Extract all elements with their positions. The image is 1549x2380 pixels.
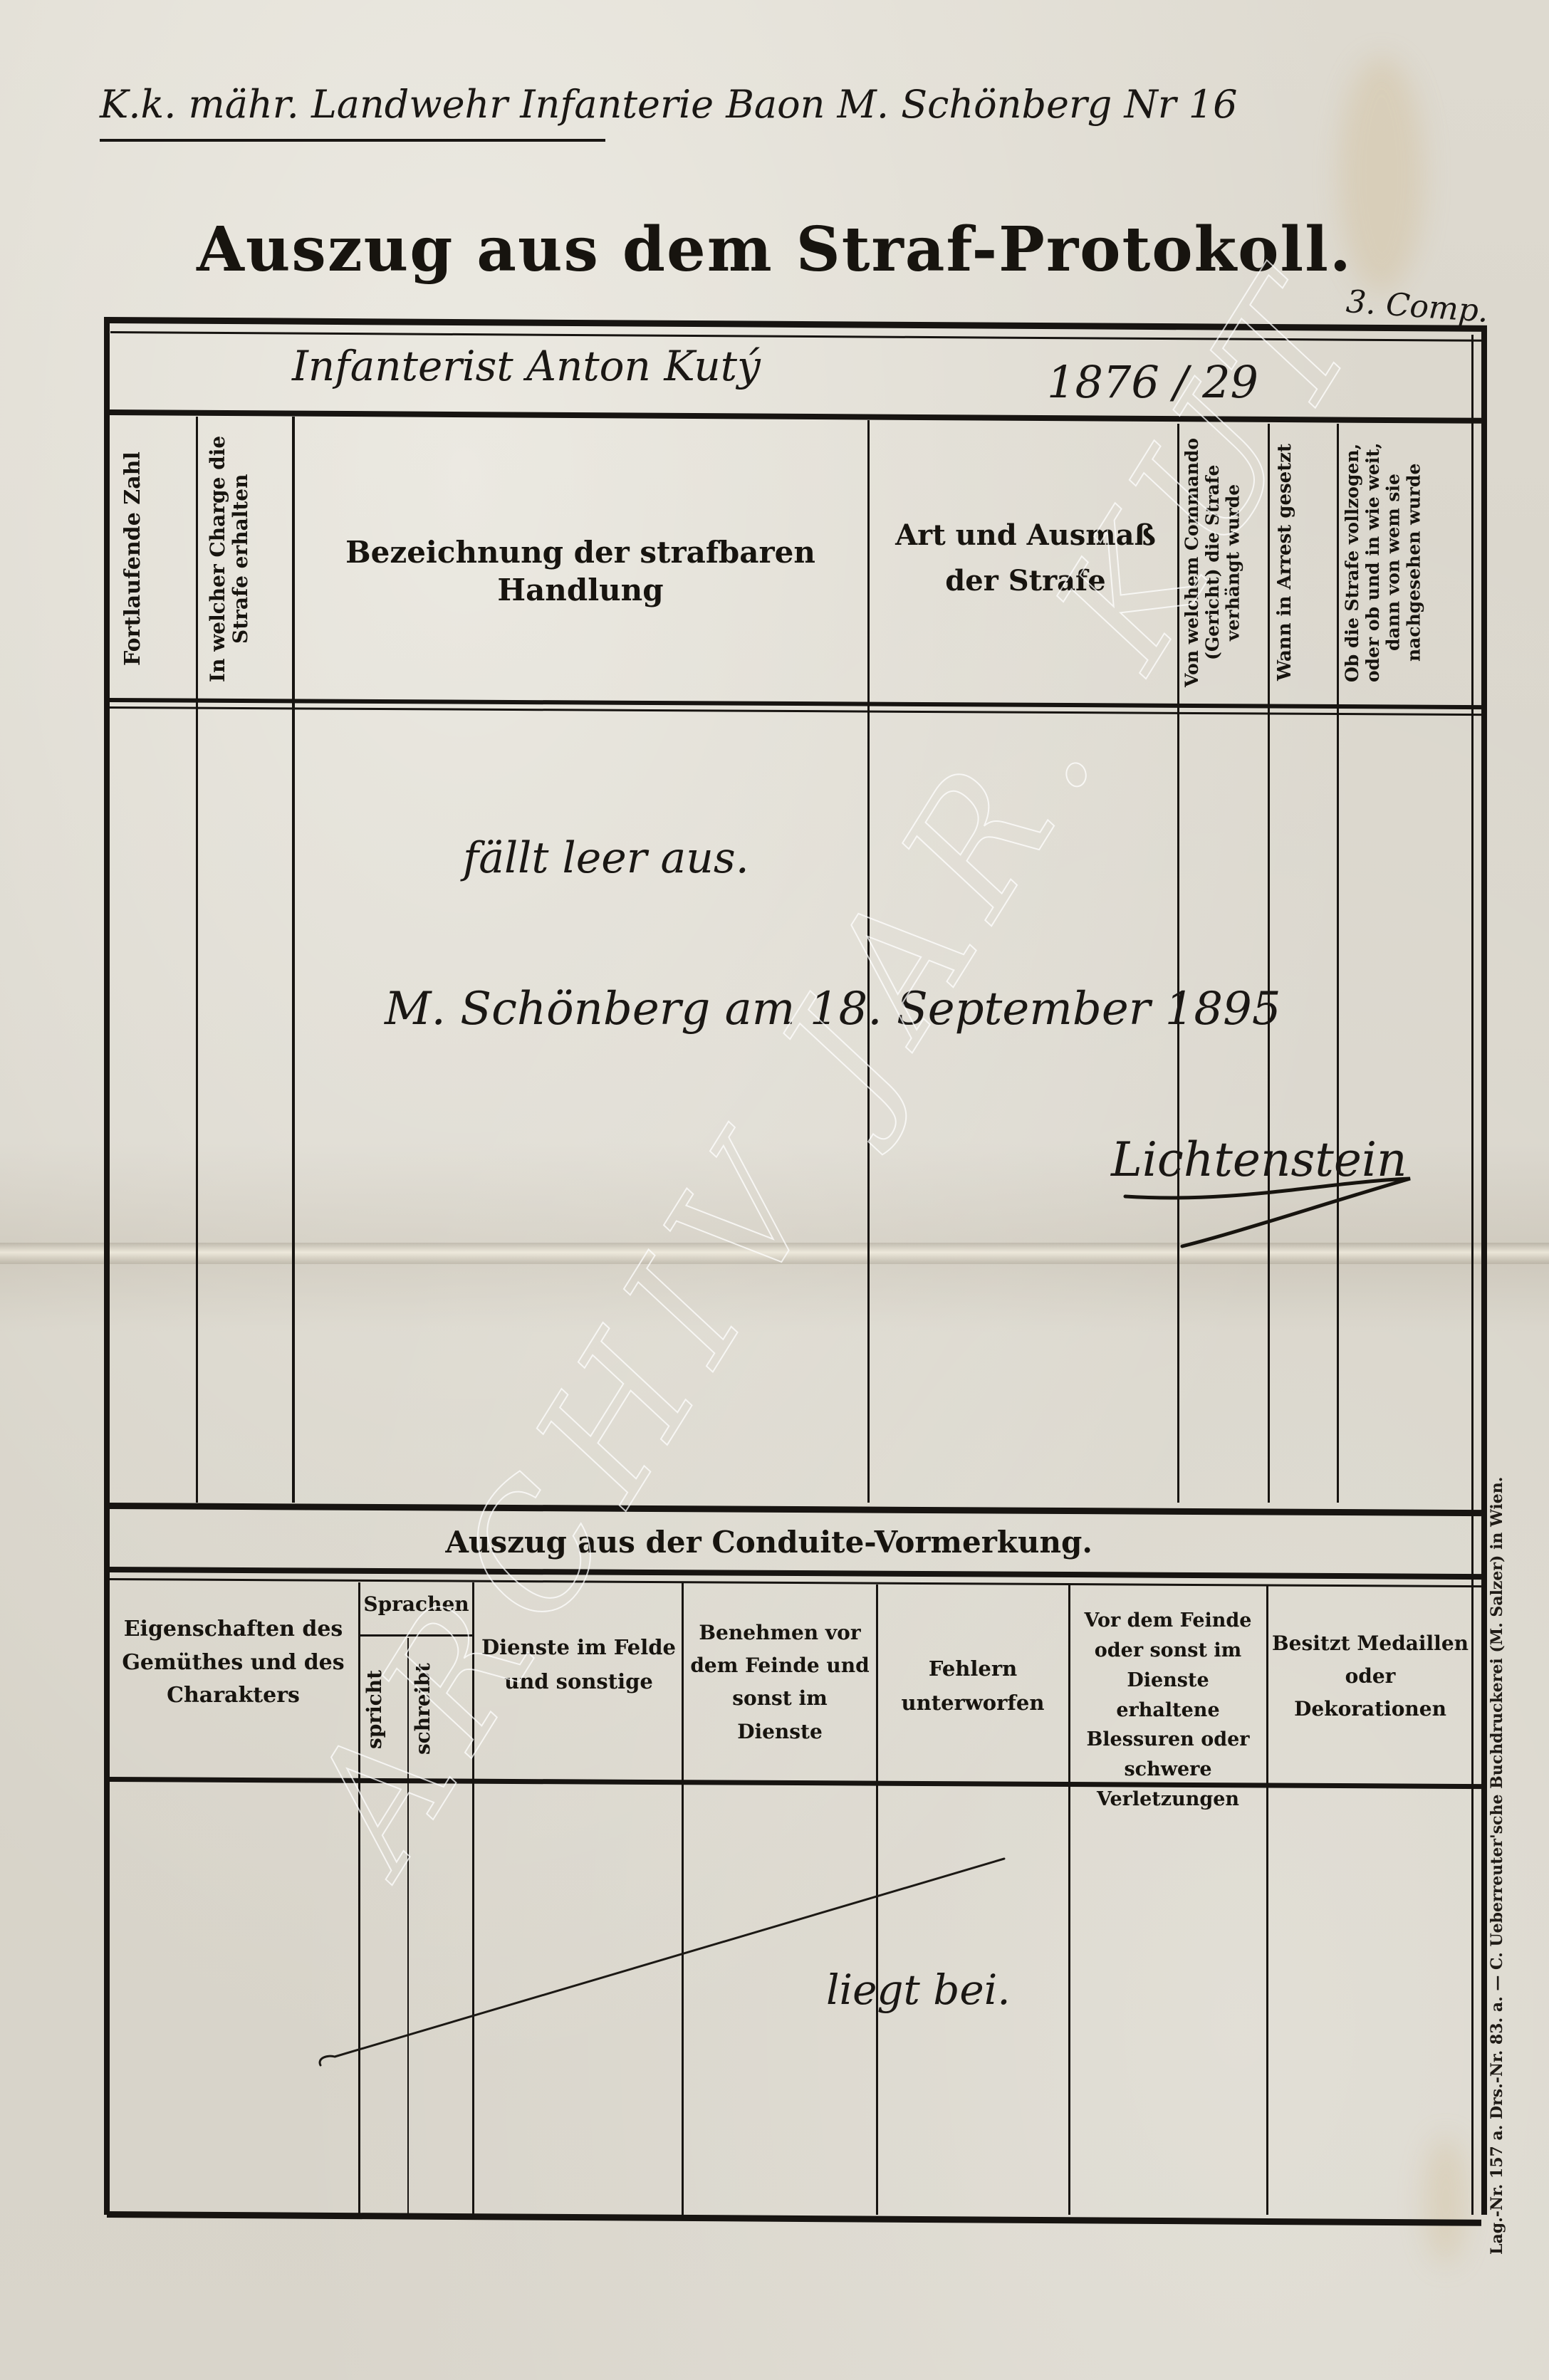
col-header-sprachen: Sprachen bbox=[360, 1592, 472, 1617]
col-divider bbox=[1266, 1585, 1268, 2215]
col-header-fortlaufende-zahl: Fortlaufende Zahl bbox=[121, 427, 185, 691]
conduite-entry-text: liegt bei. bbox=[826, 1966, 1011, 2014]
col-divider bbox=[1268, 424, 1270, 1503]
frame-right-inner bbox=[1471, 335, 1474, 2215]
frame-left bbox=[104, 317, 110, 2215]
col-header-charge: In welcher Charge die Strafe erhalten bbox=[207, 427, 285, 691]
frame-bottom bbox=[107, 2211, 1481, 2226]
paper-stain bbox=[1424, 2136, 1467, 2265]
conduite-title: Auszug aus der Conduite-Vormerkung. bbox=[110, 1524, 1092, 1562]
page-title: Auszug aus dem Straf-Protokoll. bbox=[0, 214, 1549, 286]
frame-right bbox=[1481, 328, 1487, 2215]
col-divider bbox=[867, 420, 870, 1503]
frame-top bbox=[105, 317, 1487, 332]
unit-header-underline bbox=[100, 139, 605, 142]
col-divider bbox=[292, 417, 295, 1503]
col-divider bbox=[1068, 1585, 1070, 2215]
col-header-spricht: spricht bbox=[363, 1652, 406, 1766]
straf-entry-text: fällt leer aus. bbox=[463, 833, 749, 883]
col-header-arrest: Wann in Arrest gesetzt bbox=[1275, 431, 1332, 694]
record-number: 1876 / 29 bbox=[1047, 356, 1258, 408]
place-date: M. Schönberg am 18. September 1895 bbox=[385, 983, 1281, 1035]
col-divider bbox=[1177, 424, 1179, 1503]
col-header-medaillen: Besitzt Medaillen oder Dekorationen bbox=[1271, 1627, 1470, 1726]
name-row-divider bbox=[110, 409, 1481, 424]
col-header-schreibt: schreibt bbox=[412, 1652, 469, 1766]
conduite-header-bottom bbox=[110, 1777, 1481, 1789]
col-header-vollzogen: Ob die Strafe vollzogen, oder ob und in … bbox=[1342, 431, 1467, 694]
company-note: 3. Comp. bbox=[1345, 283, 1489, 330]
col-header-handlung: Bezeichnung der strafbaren Handlung bbox=[299, 534, 862, 609]
conduite-top-divider bbox=[110, 1503, 1481, 1516]
col-header-benehmen: Benehmen vor dem Feinde und sonst im Die… bbox=[687, 1617, 872, 1748]
col-header-eigenschaften: Eigenschaften des Gemüthes und des Chara… bbox=[114, 1613, 353, 1713]
col-divider bbox=[196, 417, 198, 1503]
col-header-dienste: Dienste im Felde und sonstige bbox=[477, 1631, 680, 1699]
col-header-art-ausmass: Art und Ausmaß der Strafe bbox=[883, 513, 1168, 604]
printer-imprint: Lag.-Nr. 157 a. Drs.-Nr. 83. a. — C. Ueb… bbox=[1488, 1467, 1517, 2265]
conduite-header-top bbox=[110, 1567, 1481, 1580]
signature-flourish bbox=[1097, 1154, 1439, 1253]
frame-top-inner bbox=[110, 331, 1485, 342]
conduite-header-top-inner bbox=[110, 1578, 1481, 1587]
sprachen-divider bbox=[360, 1634, 472, 1637]
unit-header: K.k. mähr. Landwehr Infanterie Baon M. S… bbox=[100, 82, 1237, 127]
col-header-commando: Von welchem Commando (Gericht) die Straf… bbox=[1182, 431, 1264, 694]
subject-name: Infanterist Anton Kutý bbox=[292, 342, 761, 390]
col-header-fehlern: Fehlern unterworfen bbox=[880, 1652, 1065, 1721]
col-divider bbox=[1337, 424, 1339, 1503]
